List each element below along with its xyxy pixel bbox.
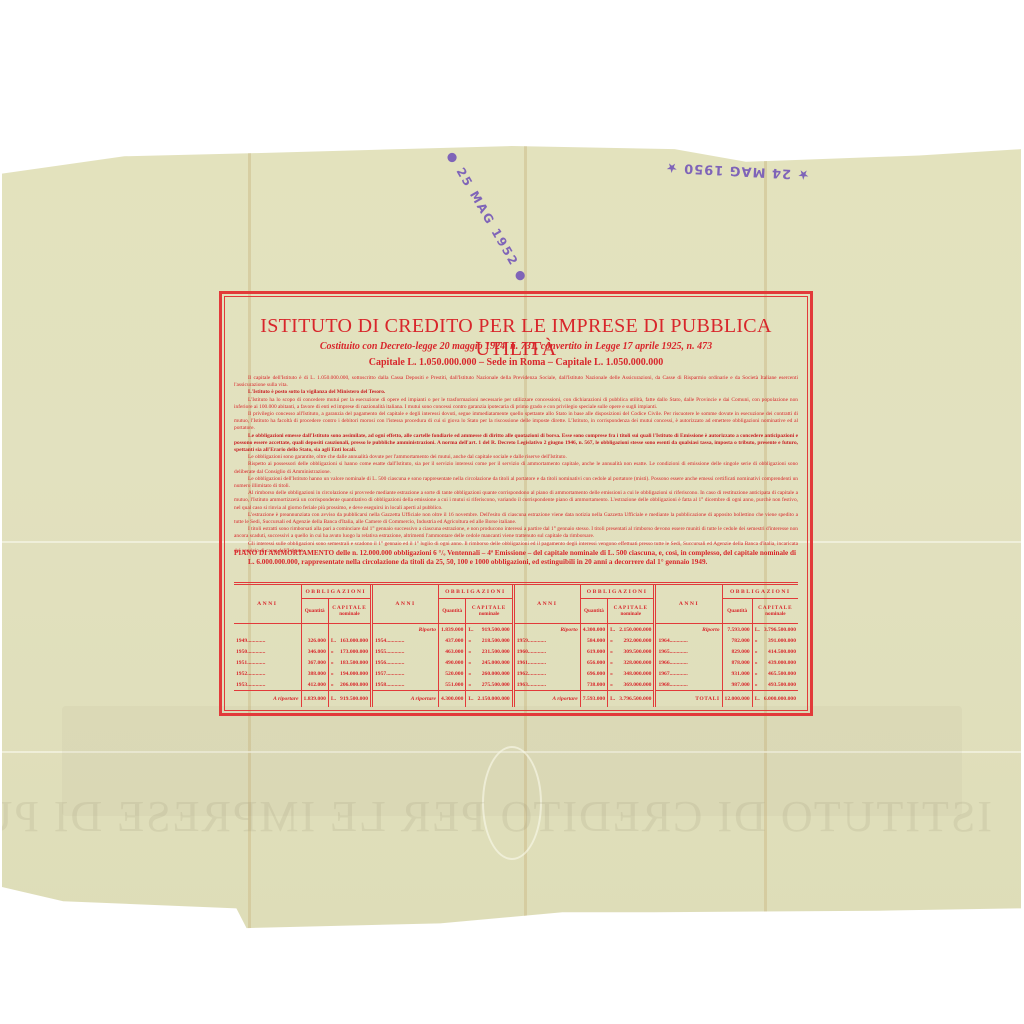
column-header-obbligazioni: OBBLIGAZIONI [580,585,655,599]
quantity-cell: 437.000 [439,635,466,646]
quantity-cell: 412.000 [301,679,328,691]
column-header-anni: ANNI [372,585,439,624]
year-cell: 1962............. [513,668,580,679]
year-cell: 1952............. [234,668,301,679]
lire-prefix: L. [752,691,762,708]
year-cell: 1963............. [513,679,580,691]
lire-prefix: » [328,679,338,691]
quantity-cell: 367.000 [301,657,328,668]
lire-prefix: L. [608,624,618,636]
year-cell: 1958............. [372,679,439,691]
carry-out-capital: 919.500.000 [338,691,371,708]
riporto-label [234,624,301,636]
carry-out-label: A riportare [234,691,301,708]
riporto-label: Riporto [655,624,722,636]
table-row: 1950.............346.000»173.000.0001955… [234,646,798,657]
table-row: 1951.............367.000»183.500.0001956… [234,657,798,668]
carry-out-capital: 6.000.000.000 [762,691,798,708]
column-header-anni: ANNI [655,585,722,624]
nominale-label: nominale [468,611,509,617]
quantity-cell: 931.000 [722,668,752,679]
year-cell: 1950............. [234,646,301,657]
year-cell: 1957............. [372,668,439,679]
quantity-cell: 520.000 [439,668,466,679]
quantity-cell: 738.000 [580,679,607,691]
lire-prefix: » [466,646,476,657]
frame-inner-border: ISTITUTO DI CREDITO PER LE IMPRESE DI PU… [224,296,808,711]
nominale-label: nominale [755,611,796,617]
lire-prefix: » [608,679,618,691]
lire-prefix: » [328,646,338,657]
capital-cell: 328.000.000 [617,657,655,668]
lire-prefix: » [608,635,618,646]
riporto-label: Riporto [513,624,580,636]
quantity-cell: 987.000 [722,679,752,691]
quantity-cell: 656.000 [580,657,607,668]
lire-prefix: » [608,646,618,657]
capital-cell: 260.000.000 [476,668,514,679]
quantity-cell: 696.000 [580,668,607,679]
column-header-capitale: CAPITALEnominale [608,599,655,624]
year-cell: 1954............. [372,635,439,646]
riporto-quantity [301,624,328,636]
paragraph: Al rimborso delle obbligazioni in circol… [234,490,798,512]
carry-out-label: A riportare [513,691,580,708]
riporto-quantity: 1.839.000 [439,624,466,636]
paragraph: L'Istituto ha lo scopo di concedere mutu… [234,397,798,411]
year-cell: 1956............. [372,657,439,668]
lire-prefix: L. [466,691,476,708]
table-row: 1952.............388.000»194.000.0001957… [234,668,798,679]
year-cell: 1959............. [513,635,580,646]
riporto-row: Riporto1.839.000L.919.500.000Riporto4.30… [234,624,798,636]
quantity-cell: 878.000 [722,657,752,668]
capital-cell: 493.500.000 [762,679,798,691]
riporto-quantity: 4.300.000 [580,624,607,636]
capital-cell: 231.500.000 [476,646,514,657]
lire-prefix: L. [328,635,338,646]
riporto-label: Riporto [372,624,439,636]
year-cell: 1968............. [655,679,722,691]
year-cell: 1955............. [372,646,439,657]
riporto-capital: 919.500.000 [476,624,514,636]
carry-out-capital: 3.796.500.000 [617,691,655,708]
column-header-quantita: Quantità [580,599,607,624]
riporto-quantity: 7.593.000 [722,624,752,636]
amortization-table: ANNIOBBLIGAZIONIANNIOBBLIGAZIONIANNIOBBL… [234,582,798,707]
paragraph: Le obbligazioni emesse dall'Istituto son… [234,433,798,455]
column-header-obbligazioni: OBBLIGAZIONI [439,585,514,599]
column-header-capitale: CAPITALEnominale [466,599,513,624]
carry-out-quantity: 7.593.000 [580,691,607,708]
capital-cell: 309.500.000 [617,646,655,657]
nominale-label: nominale [610,611,651,617]
carry-out-quantity: 4.300.000 [439,691,466,708]
quantity-cell: 551.000 [439,679,466,691]
capital-cell: 245.000.000 [476,657,514,668]
quantity-cell: 619.000 [580,646,607,657]
lire-prefix: » [608,657,618,668]
lire-prefix: » [466,679,476,691]
carry-out-quantity: 1.839.000 [301,691,328,708]
quantity-cell: 463.000 [439,646,466,657]
year-cell: 1961............. [513,657,580,668]
quantity-cell: 346.000 [301,646,328,657]
column-header-anni: ANNI [513,585,580,624]
capital-cell: 292.000.000 [617,635,655,646]
amortization-plan-heading: PIANO DI AMMORTAMENTO delle n. 12.000.00… [234,549,798,567]
lire-prefix [328,624,338,636]
paragraph: L'estrazione è preannunziata con avviso … [234,512,798,526]
lire-prefix: » [328,657,338,668]
document-title: ISTITUTO DI CREDITO PER LE IMPRESE DI PU… [225,315,807,361]
carry-out-label: A riportare [372,691,439,708]
paragraph: L'Istituto è posto sotto la vigilanza de… [234,389,798,396]
quantity-cell: 326.000 [301,635,328,646]
lire-prefix: » [608,668,618,679]
lire-prefix: » [752,635,762,646]
capital-line: Capitale L. 1.050.000.000 – Sede in Roma… [225,357,807,368]
riporto-capital: 3.796.500.000 [762,624,798,636]
capital-cell: 218.500.000 [476,635,514,646]
column-header-anni: ANNI [234,585,301,624]
printed-frame: ISTITUTO DI CREDITO PER LE IMPRESE DI PU… [219,291,813,716]
capital-cell: 275.500.000 [476,679,514,691]
nominale-label: nominale [331,611,368,617]
year-cell: 1964............. [655,635,722,646]
capital-cell: 163.000.000 [338,635,371,646]
lire-prefix: L. [752,624,762,636]
table-row: 1949.............326.000L.163.000.000195… [234,635,798,646]
year-cell: 1967............. [655,668,722,679]
quantity-cell: 829.000 [722,646,752,657]
lire-prefix: » [466,635,476,646]
lire-prefix: » [328,668,338,679]
year-cell: 1965............. [655,646,722,657]
capital-cell: 414.500.000 [762,646,798,657]
paragraph: Il capitale dell'Istituto è di L. 1.050.… [234,375,798,389]
lire-prefix: » [752,646,762,657]
capital-cell: 439.000.000 [762,657,798,668]
carry-out-quantity: 12.000.000 [722,691,752,708]
capital-cell: 173.000.000 [338,646,371,657]
capital-cell: 206.000.000 [338,679,371,691]
table-row: 1953.............412.000»206.000.0001958… [234,679,798,691]
paragraph: Rispetto ai possessori delle obbligazion… [234,461,798,475]
column-header-quantita: Quantità [301,599,328,624]
capital-cell: 348.000.000 [617,668,655,679]
column-header-quantita: Quantità [722,599,752,624]
totals-row: A riportare1.839.000L.919.500.000A ripor… [234,691,798,708]
paragraph: Il privilegio concesso all'Istituto, a g… [234,411,798,433]
bleed-through-title: ISTITUTO DI CREDITO PER LE IMPRESE DI PU… [32,791,992,842]
paragraph: Le obbligazioni dell'Istituto hanno un v… [234,476,798,490]
carry-out-capital: 2.150.000.000 [476,691,514,708]
quantity-cell: 782.000 [722,635,752,646]
year-cell: 1949............. [234,635,301,646]
quantity-cell: 388.000 [301,668,328,679]
lire-prefix: » [752,657,762,668]
capital-cell: 369.000.000 [617,679,655,691]
lire-prefix: L. [328,691,338,708]
paragraph: Le obbligazioni sono garantite, oltre ch… [234,454,798,461]
lire-prefix: L. [608,691,618,708]
lire-prefix: » [466,668,476,679]
column-header-capitale: CAPITALEnominale [328,599,371,624]
document-subtitle: Costituito con Decreto-legge 20 maggio 1… [225,341,807,352]
regulations-text: Il capitale dell'Istituto è di L. 1.050.… [234,375,798,555]
quantity-cell: 490.000 [439,657,466,668]
capital-cell: 183.500.000 [338,657,371,668]
column-header-obbligazioni: OBBLIGAZIONI [301,585,371,599]
year-cell: 1960............. [513,646,580,657]
lire-prefix: » [752,679,762,691]
year-cell: 1953............. [234,679,301,691]
capital-cell: 194.000.000 [338,668,371,679]
year-cell: 1951............. [234,657,301,668]
paragraph: I titoli estratti sono rimborsati alla p… [234,526,798,540]
column-header-obbligazioni: OBBLIGAZIONI [722,585,798,599]
quantity-cell: 584.000 [580,635,607,646]
column-header-quantita: Quantità [439,599,466,624]
lire-prefix: » [466,657,476,668]
column-header-capitale: CAPITALEnominale [752,599,798,624]
carry-out-label: TOTALI [655,691,722,708]
lire-prefix: L. [466,624,476,636]
year-cell: 1966............. [655,657,722,668]
lire-prefix: » [752,668,762,679]
riporto-capital: 2.150.000.000 [617,624,655,636]
capital-cell: 391.000.000 [762,635,798,646]
capital-cell: 465.500.000 [762,668,798,679]
riporto-capital [338,624,371,636]
